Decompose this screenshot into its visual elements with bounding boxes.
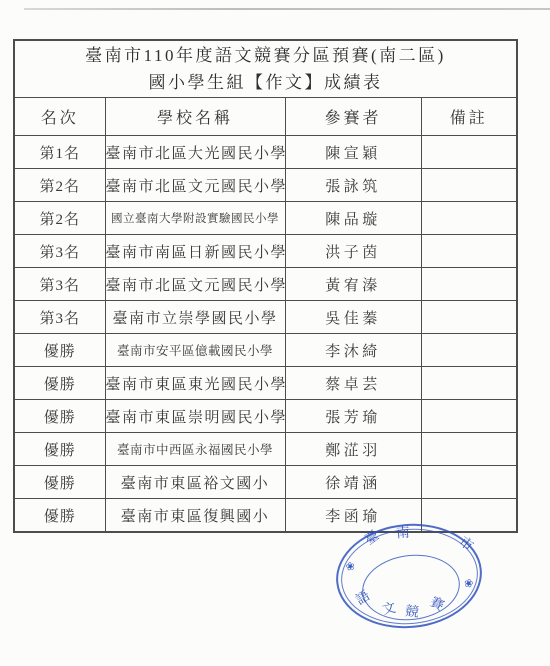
title-row: 臺南市110年度語文競賽分區預賽(南二區) 國小學生組【作文】成績表 — [14, 40, 517, 98]
plum-blossom-icon: ❀ — [343, 560, 358, 575]
school-cell: 臺南市東區裕文國小 — [105, 466, 285, 499]
rank-cell: 優勝 — [14, 499, 105, 533]
official-seal-stamp: 臺 南 市 ❀ ❀ 語 文 競 賽 — [336, 524, 482, 628]
table-row: 第2名 臺南市北區文元國民小學 張詠筑 — [14, 169, 517, 202]
plum-blossom-icon: ❀ — [461, 577, 476, 592]
note-cell — [421, 169, 517, 202]
scanned-document-page: 臺南市110年度語文競賽分區預賽(南二區) 國小學生組【作文】成績表 名次 學校… — [0, 0, 550, 666]
participant-cell: 徐靖涵 — [285, 466, 421, 499]
seal-char: 文 — [380, 600, 399, 619]
rank-cell: 優勝 — [14, 367, 105, 400]
document-title-cell: 臺南市110年度語文競賽分區預賽(南二區) 國小學生組【作文】成績表 — [14, 40, 517, 98]
school-cell: 臺南市東區復興國小 — [105, 499, 285, 533]
header-note: 備註 — [421, 98, 517, 136]
note-cell — [421, 334, 517, 367]
header-school: 學校名稱 — [105, 98, 285, 136]
table-row: 第1名 臺南市北區大光國民小學 陳宣穎 — [14, 136, 517, 169]
table-row: 優勝 臺南市東區裕文國小 徐靖涵 — [14, 466, 517, 499]
scan-artifact-line — [24, 8, 550, 10]
table-row: 第2名 國立臺南大學附設實驗國民小學 陳品璇 — [14, 202, 517, 235]
school-cell: 臺南市中西區永福國民小學 — [105, 433, 285, 466]
seal-char: 競 — [403, 603, 421, 621]
rank-cell: 第3名 — [14, 235, 105, 268]
participant-cell: 鄭淽羽 — [285, 433, 421, 466]
school-cell: 臺南市東區東光國民小學 — [105, 367, 285, 400]
school-cell: 臺南市安平區億載國民小學 — [105, 334, 285, 367]
school-cell: 臺南市北區文元國民小學 — [105, 268, 285, 301]
rank-cell: 第3名 — [14, 301, 105, 334]
note-cell — [421, 136, 517, 169]
participant-cell: 陳品璇 — [285, 202, 421, 235]
note-cell — [421, 400, 517, 433]
table-row: 優勝 臺南市中西區永福國民小學 鄭淽羽 — [14, 433, 517, 466]
note-cell — [421, 433, 517, 466]
rank-cell: 優勝 — [14, 334, 105, 367]
participant-cell: 吳佳蓁 — [285, 301, 421, 334]
table-row: 第3名 臺南市北區文元國民小學 黃宥溱 — [14, 268, 517, 301]
participant-cell: 蔡卓芸 — [285, 367, 421, 400]
participant-cell: 李沐綺 — [285, 334, 421, 367]
document-title-line2: 國小學生組【作文】成績表 — [15, 69, 516, 96]
note-cell — [421, 301, 517, 334]
school-cell: 臺南市北區文元國民小學 — [105, 169, 285, 202]
school-cell: 臺南市北區大光國民小學 — [105, 136, 285, 169]
note-cell — [421, 235, 517, 268]
school-cell: 臺南市南區日新國民小學 — [105, 235, 285, 268]
header-row: 名次 學校名稱 參賽者 備註 — [14, 98, 517, 136]
participant-cell: 洪子茵 — [285, 235, 421, 268]
note-cell — [421, 367, 517, 400]
rank-cell: 優勝 — [14, 400, 105, 433]
table-row: 優勝 臺南市東區崇明國民小學 張芳瑜 — [14, 400, 517, 433]
participant-cell: 陳宣穎 — [285, 136, 421, 169]
rank-cell: 第2名 — [14, 169, 105, 202]
table-row: 優勝 臺南市東區東光國民小學 蔡卓芸 — [14, 367, 517, 400]
rank-cell: 第3名 — [14, 268, 105, 301]
header-rank: 名次 — [14, 98, 105, 136]
rank-cell: 第2名 — [14, 202, 105, 235]
note-cell — [421, 466, 517, 499]
table-row: 優勝 臺南市安平區億載國民小學 李沐綺 — [14, 334, 517, 367]
rank-cell: 優勝 — [14, 433, 105, 466]
note-cell — [421, 202, 517, 235]
note-cell — [421, 268, 517, 301]
school-cell: 臺南市東區崇明國民小學 — [105, 400, 285, 433]
participant-cell: 黃宥溱 — [285, 268, 421, 301]
table-row: 第3名 臺南市立崇學國民小學 吳佳蓁 — [14, 301, 517, 334]
school-cell: 臺南市立崇學國民小學 — [105, 301, 285, 334]
participant-cell: 張芳瑜 — [285, 400, 421, 433]
document-title-line1: 臺南市110年度語文競賽分區預賽(南二區) — [15, 42, 516, 69]
rank-cell: 第1名 — [14, 136, 105, 169]
rank-cell: 優勝 — [14, 466, 105, 499]
seal-char: 南 — [394, 524, 411, 541]
participant-cell: 張詠筑 — [285, 169, 421, 202]
school-cell: 國立臺南大學附設實驗國民小學 — [105, 202, 285, 235]
results-table: 臺南市110年度語文競賽分區預賽(南二區) 國小學生組【作文】成績表 名次 學校… — [13, 39, 518, 533]
header-participant: 參賽者 — [285, 98, 421, 136]
table-row: 第3名 臺南市南區日新國民小學 洪子茵 — [14, 235, 517, 268]
